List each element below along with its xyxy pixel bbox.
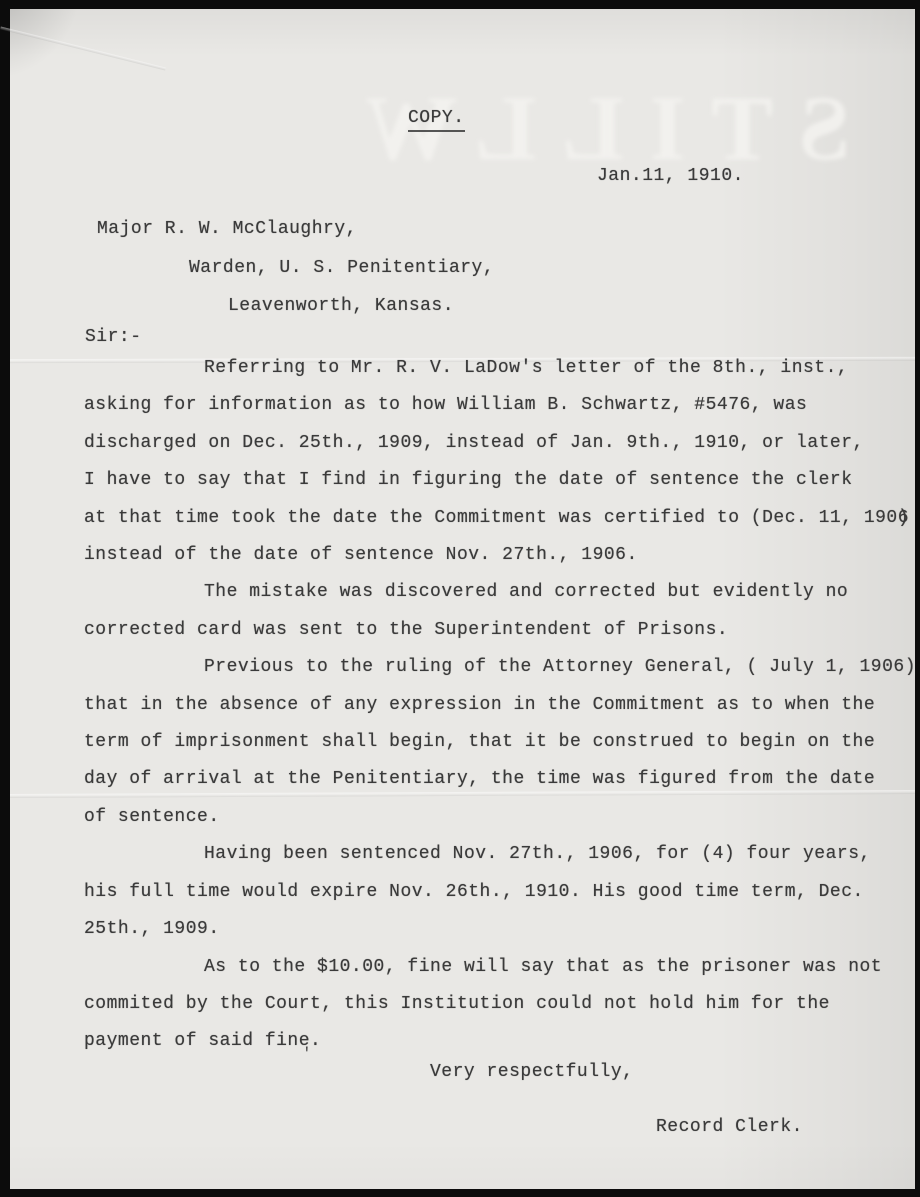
letter-line: The mistake was discovered and corrected… (84, 574, 896, 611)
letter-line: I have to say that I find in figuring th… (84, 462, 896, 499)
letter-paper: STILLW COPY. Jan.11, 1910. Major R. W. M… (10, 9, 915, 1189)
letter-line: Previous to the ruling of the Attorney G… (84, 649, 896, 686)
recipient-name: Major R. W. McClaughry, (97, 219, 357, 239)
letter-line: asking for information as to how William… (84, 387, 896, 424)
letter-line: Referring to Mr. R. V. LaDow's letter of… (84, 350, 896, 387)
scanned-letter-frame: STILLW COPY. Jan.11, 1910. Major R. W. M… (0, 0, 920, 1197)
salutation: Sir:- (85, 327, 142, 347)
letter-line: discharged on Dec. 25th., 1909, instead … (84, 425, 896, 462)
stray-ink-mark: ' (302, 1045, 312, 1063)
letter-line: 25th., 1909. (84, 911, 896, 948)
signature-title: Record Clerk. (656, 1117, 803, 1137)
letter-body: Referring to Mr. R. V. LaDow's letter of… (84, 350, 896, 1061)
letter-line: at that time took the date the Commitmen… (84, 500, 896, 537)
recipient-location: Leavenworth, Kansas. (228, 296, 454, 316)
letter-line: of sentence. (84, 799, 896, 836)
letter-line: commited by the Court, this Institution … (84, 986, 896, 1023)
paper-crease-corner (0, 26, 166, 70)
recipient-title: Warden, U. S. Penitentiary, (189, 258, 494, 278)
copy-heading: COPY. (408, 108, 465, 128)
letter-line: term of imprisonment shall begin, that i… (84, 724, 896, 761)
letter-line: Having been sentenced Nov. 27th., 1906, … (84, 836, 896, 873)
letter-line: his full time would expire Nov. 26th., 1… (84, 874, 896, 911)
letter-line: that in the absence of any expression in… (84, 687, 896, 724)
letter-line: day of arrival at the Penitentiary, the … (84, 761, 896, 798)
closing-phrase: Very respectfully, (430, 1062, 633, 1082)
letter-line: corrected card was sent to the Superinte… (84, 612, 896, 649)
copy-heading-text: COPY. (408, 108, 465, 132)
letter-line: payment of said fine. (84, 1023, 896, 1060)
letter-line: instead of the date of sentence Nov. 27t… (84, 537, 896, 574)
letter-date: Jan.11, 1910. (597, 166, 744, 186)
letter-line: As to the $10.00, fine will say that as … (84, 949, 896, 986)
